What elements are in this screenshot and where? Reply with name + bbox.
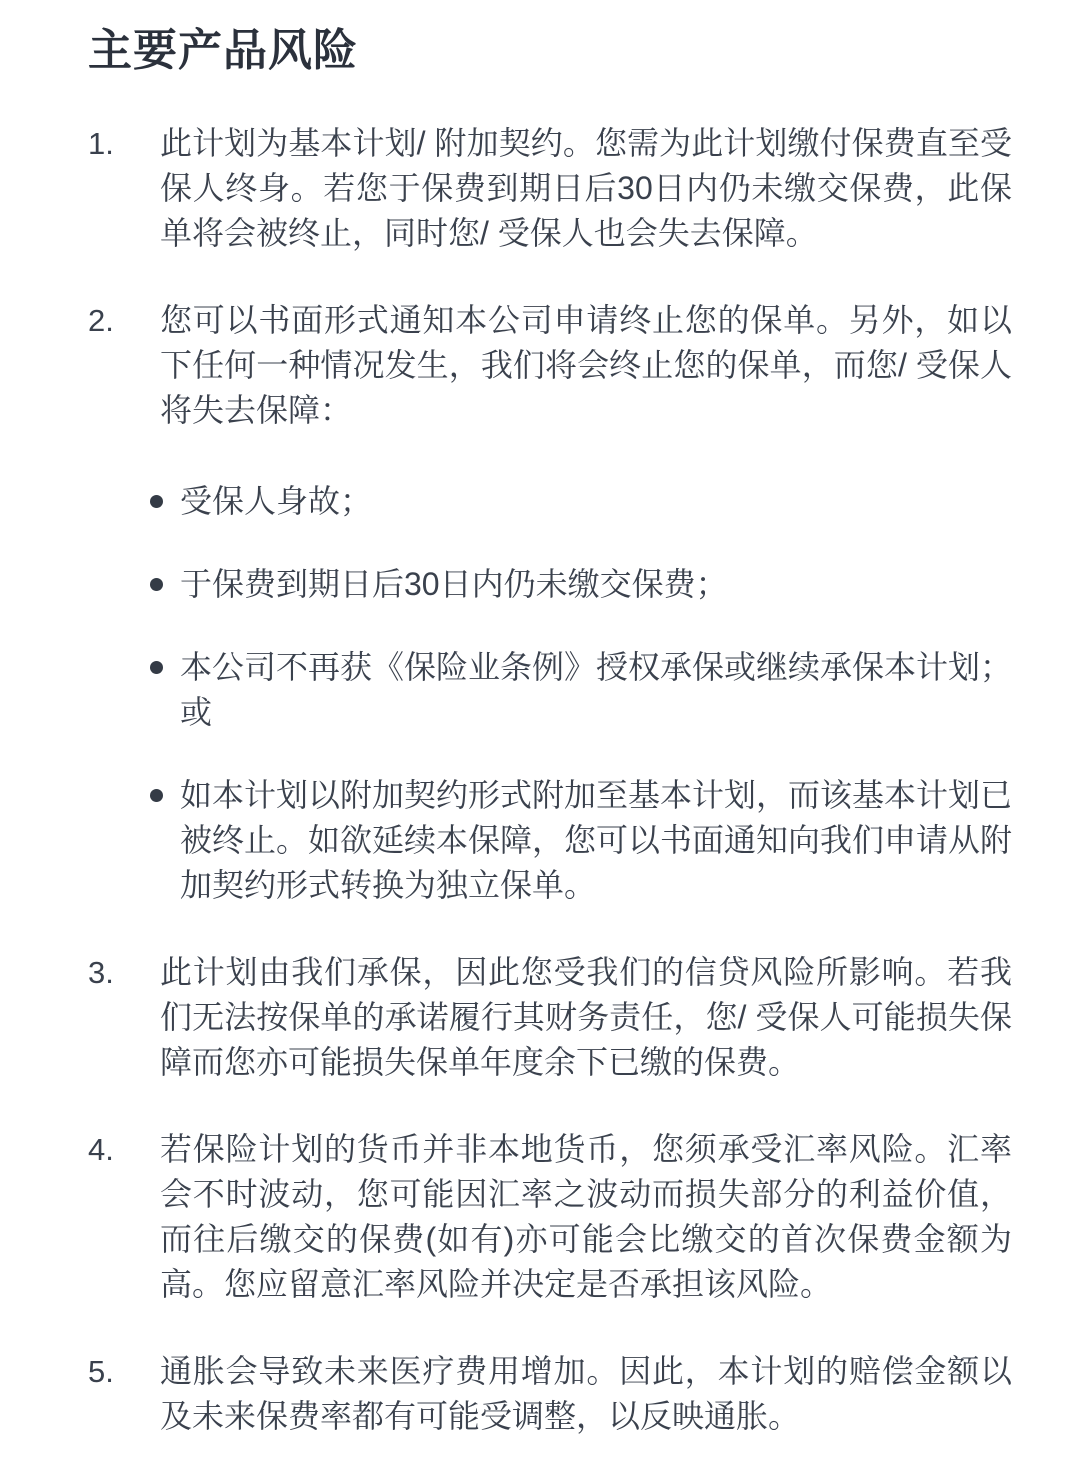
bullet-item: 于保费到期日后30日内仍未缴交保费； (150, 562, 1012, 607)
item-number: 3. (88, 950, 160, 995)
bullet-dot-icon (150, 789, 163, 802)
item-number: 5. (88, 1349, 160, 1394)
item-body: 您可以书面形式通知本公司申请终止您的保单。另外，如以下任何一种情况发生，我们将会… (160, 298, 1012, 908)
item-body: 此计划由我们承保，因此您受我们的信贷风险所影响。若我们无法按保单的承诺履行其财务… (160, 950, 1012, 1085)
item-body: 通胀会导致未来医疗费用增加。因此，本计划的赔偿金额以及未来保费率都有可能受调整，… (160, 1349, 1012, 1439)
bullet-list: 受保人身故；于保费到期日后30日内仍未缴交保费；本公司不再获《保险业条例》授权承… (160, 479, 1012, 908)
bullet-dot-icon (150, 495, 163, 508)
item-number: 1. (88, 121, 160, 166)
item-number: 2. (88, 298, 160, 343)
bullet-text: 受保人身故； (180, 479, 1012, 524)
item-body: 此计划为基本计划/ 附加契约。您需为此计划缴付保费直至受保人终身。若您于保费到期… (160, 121, 1012, 256)
risk-list: 1.此计划为基本计划/ 附加契约。您需为此计划缴付保费直至受保人终身。若您于保费… (88, 121, 1012, 1439)
risk-item-1: 1.此计划为基本计划/ 附加契约。您需为此计划缴付保费直至受保人终身。若您于保费… (88, 121, 1012, 256)
page-title: 主要产品风险 (88, 26, 1012, 77)
bullet-text: 如本计划以附加契约形式附加至基本计划，而该基本计划已被终止。如欲延续本保障，您可… (180, 773, 1012, 908)
bullet-text: 于保费到期日后30日内仍未缴交保费； (180, 562, 1012, 607)
item-text: 此计划为基本计划/ 附加契约。您需为此计划缴付保费直至受保人终身。若您于保费到期… (160, 121, 1012, 256)
risk-item-3: 3.此计划由我们承保，因此您受我们的信贷风险所影响。若我们无法按保单的承诺履行其… (88, 950, 1012, 1085)
bullet-text: 本公司不再获《保险业条例》授权承保或继续承保本计划；或 (180, 645, 1012, 735)
item-text: 此计划由我们承保，因此您受我们的信贷风险所影响。若我们无法按保单的承诺履行其财务… (160, 950, 1012, 1085)
bullet-item: 受保人身故； (150, 479, 1012, 524)
document-page: 主要产品风险 1.此计划为基本计划/ 附加契约。您需为此计划缴付保费直至受保人终… (0, 0, 1080, 1479)
risk-item-4: 4.若保险计划的货币并非本地货币，您须承受汇率风险。汇率会不时波动，您可能因汇率… (88, 1127, 1012, 1307)
item-text: 通胀会导致未来医疗费用增加。因此，本计划的赔偿金额以及未来保费率都有可能受调整，… (160, 1349, 1012, 1439)
bullet-item: 如本计划以附加契约形式附加至基本计划，而该基本计划已被终止。如欲延续本保障，您可… (150, 773, 1012, 908)
bullet-dot-icon (150, 661, 163, 674)
item-text: 若保险计划的货币并非本地货币，您须承受汇率风险。汇率会不时波动，您可能因汇率之波… (160, 1127, 1012, 1307)
bullet-item: 本公司不再获《保险业条例》授权承保或继续承保本计划；或 (150, 645, 1012, 735)
item-body: 若保险计划的货币并非本地货币，您须承受汇率风险。汇率会不时波动，您可能因汇率之波… (160, 1127, 1012, 1307)
bullet-dot-icon (150, 578, 163, 591)
item-number: 4. (88, 1127, 160, 1172)
item-text: 您可以书面形式通知本公司申请终止您的保单。另外，如以下任何一种情况发生，我们将会… (160, 298, 1012, 433)
risk-item-5: 5.通胀会导致未来医疗费用增加。因此，本计划的赔偿金额以及未来保费率都有可能受调… (88, 1349, 1012, 1439)
risk-item-2: 2.您可以书面形式通知本公司申请终止您的保单。另外，如以下任何一种情况发生，我们… (88, 298, 1012, 908)
